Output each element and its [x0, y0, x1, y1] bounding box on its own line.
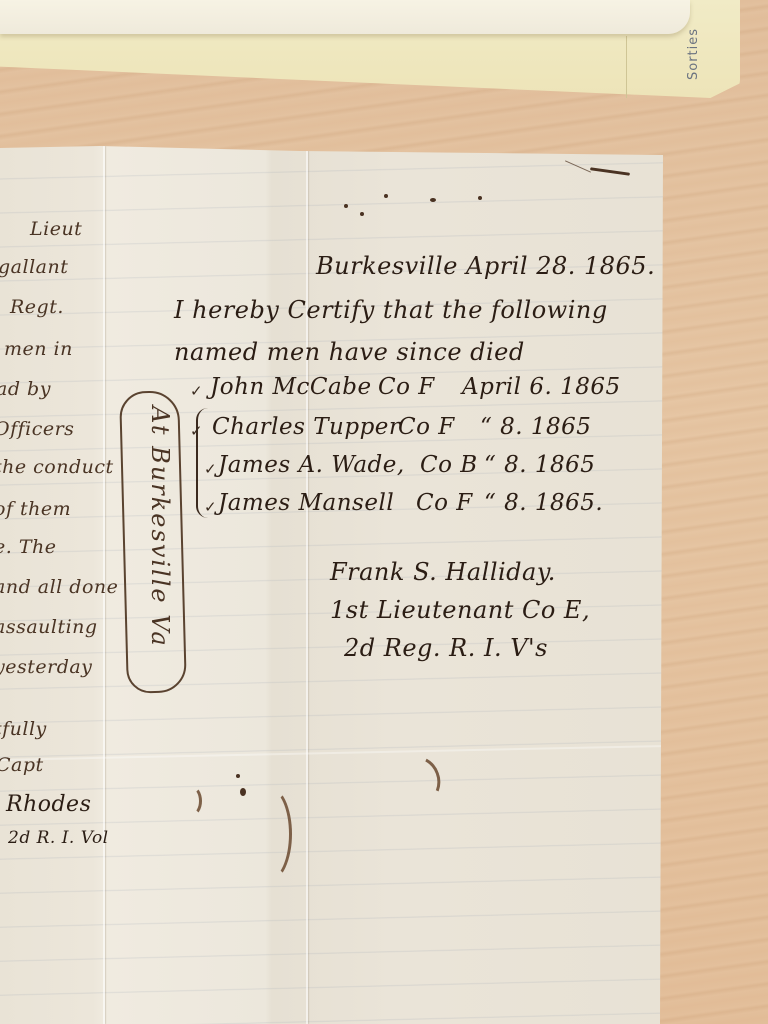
left-page-line: of them	[0, 498, 71, 520]
certificate-intro-line-1: I hereby Certify that the following	[174, 296, 608, 324]
signature-name: Frank S. Halliday.	[330, 558, 556, 586]
entry-name: James A. Wade,	[218, 452, 405, 478]
left-page-line: and all done	[0, 576, 118, 598]
left-page-regiment: 2d R. I. Vol	[8, 828, 109, 848]
certificate-intro-line-2: named men have since died	[174, 338, 525, 366]
entry-company: Co B	[420, 452, 478, 478]
left-page-line: ad by	[0, 378, 51, 400]
left-page-line: e. The	[0, 536, 56, 558]
checkmark-icon: ✓	[204, 498, 217, 516]
left-page-signature: Rhodes	[6, 792, 91, 817]
ink-speck	[478, 196, 482, 200]
ink-speck	[384, 194, 388, 198]
ink-speck	[360, 212, 364, 216]
left-page-line: Capt	[0, 754, 44, 776]
entry-name: James Mansell	[218, 490, 394, 516]
left-page-line: assaulting	[0, 616, 98, 638]
checkmark-icon: ✓	[190, 422, 203, 440]
handwritten-letter: Lieut gallant Regt. men in ad by Officer…	[0, 146, 663, 1024]
ink-speck	[236, 774, 240, 778]
left-page-line: tfully	[0, 718, 47, 740]
ink-speck	[240, 788, 246, 796]
ink-scratch	[590, 167, 630, 176]
ink-stain	[246, 786, 292, 882]
left-page-line: yesterday	[0, 656, 92, 678]
ink-speck	[344, 204, 348, 208]
entry-name: John McCabe	[210, 374, 372, 400]
left-page-line: Regt.	[10, 296, 64, 318]
ink-stain	[182, 786, 202, 816]
left-page-line: Lieut	[30, 218, 82, 240]
checkmark-icon: ✓	[204, 460, 217, 478]
entry-date: “ 8. 1865	[484, 452, 595, 478]
entry-date: “ 8. 1865	[480, 414, 591, 440]
left-page-line: gallant	[0, 256, 68, 278]
entry-company: Co F	[398, 414, 455, 440]
folder-insert-sheet	[0, 0, 690, 34]
ink-speck	[430, 198, 436, 202]
signature-regiment: 2d Reg. R. I. V's	[344, 634, 548, 662]
entry-company: Co F	[378, 374, 435, 400]
entry-date: April 6. 1865	[462, 374, 621, 400]
left-page-line: the conduct	[0, 456, 114, 478]
entry-date: “ 8. 1865.	[484, 490, 603, 516]
entry-name: Charles Tupper	[212, 414, 400, 440]
folder-crease	[626, 36, 627, 98]
checkmark-icon: ✓	[190, 382, 203, 400]
left-page-line: Officers	[0, 418, 74, 440]
folder-label: Sorties	[686, 4, 710, 80]
endorsement-text: At Burkesville Va	[130, 406, 174, 676]
dateline: Burkesville April 28. 1865.	[316, 252, 655, 280]
archival-folder: Sorties	[0, 0, 740, 100]
fold-crease-horizontal	[0, 745, 663, 761]
ink-scratch	[565, 160, 591, 172]
signature-rank: 1st Lieutenant Co E,	[330, 596, 590, 624]
entry-company: Co F	[416, 490, 473, 516]
left-page-line: men in	[4, 338, 73, 360]
fold-crease-center	[306, 146, 308, 1024]
ink-stain	[391, 750, 447, 809]
